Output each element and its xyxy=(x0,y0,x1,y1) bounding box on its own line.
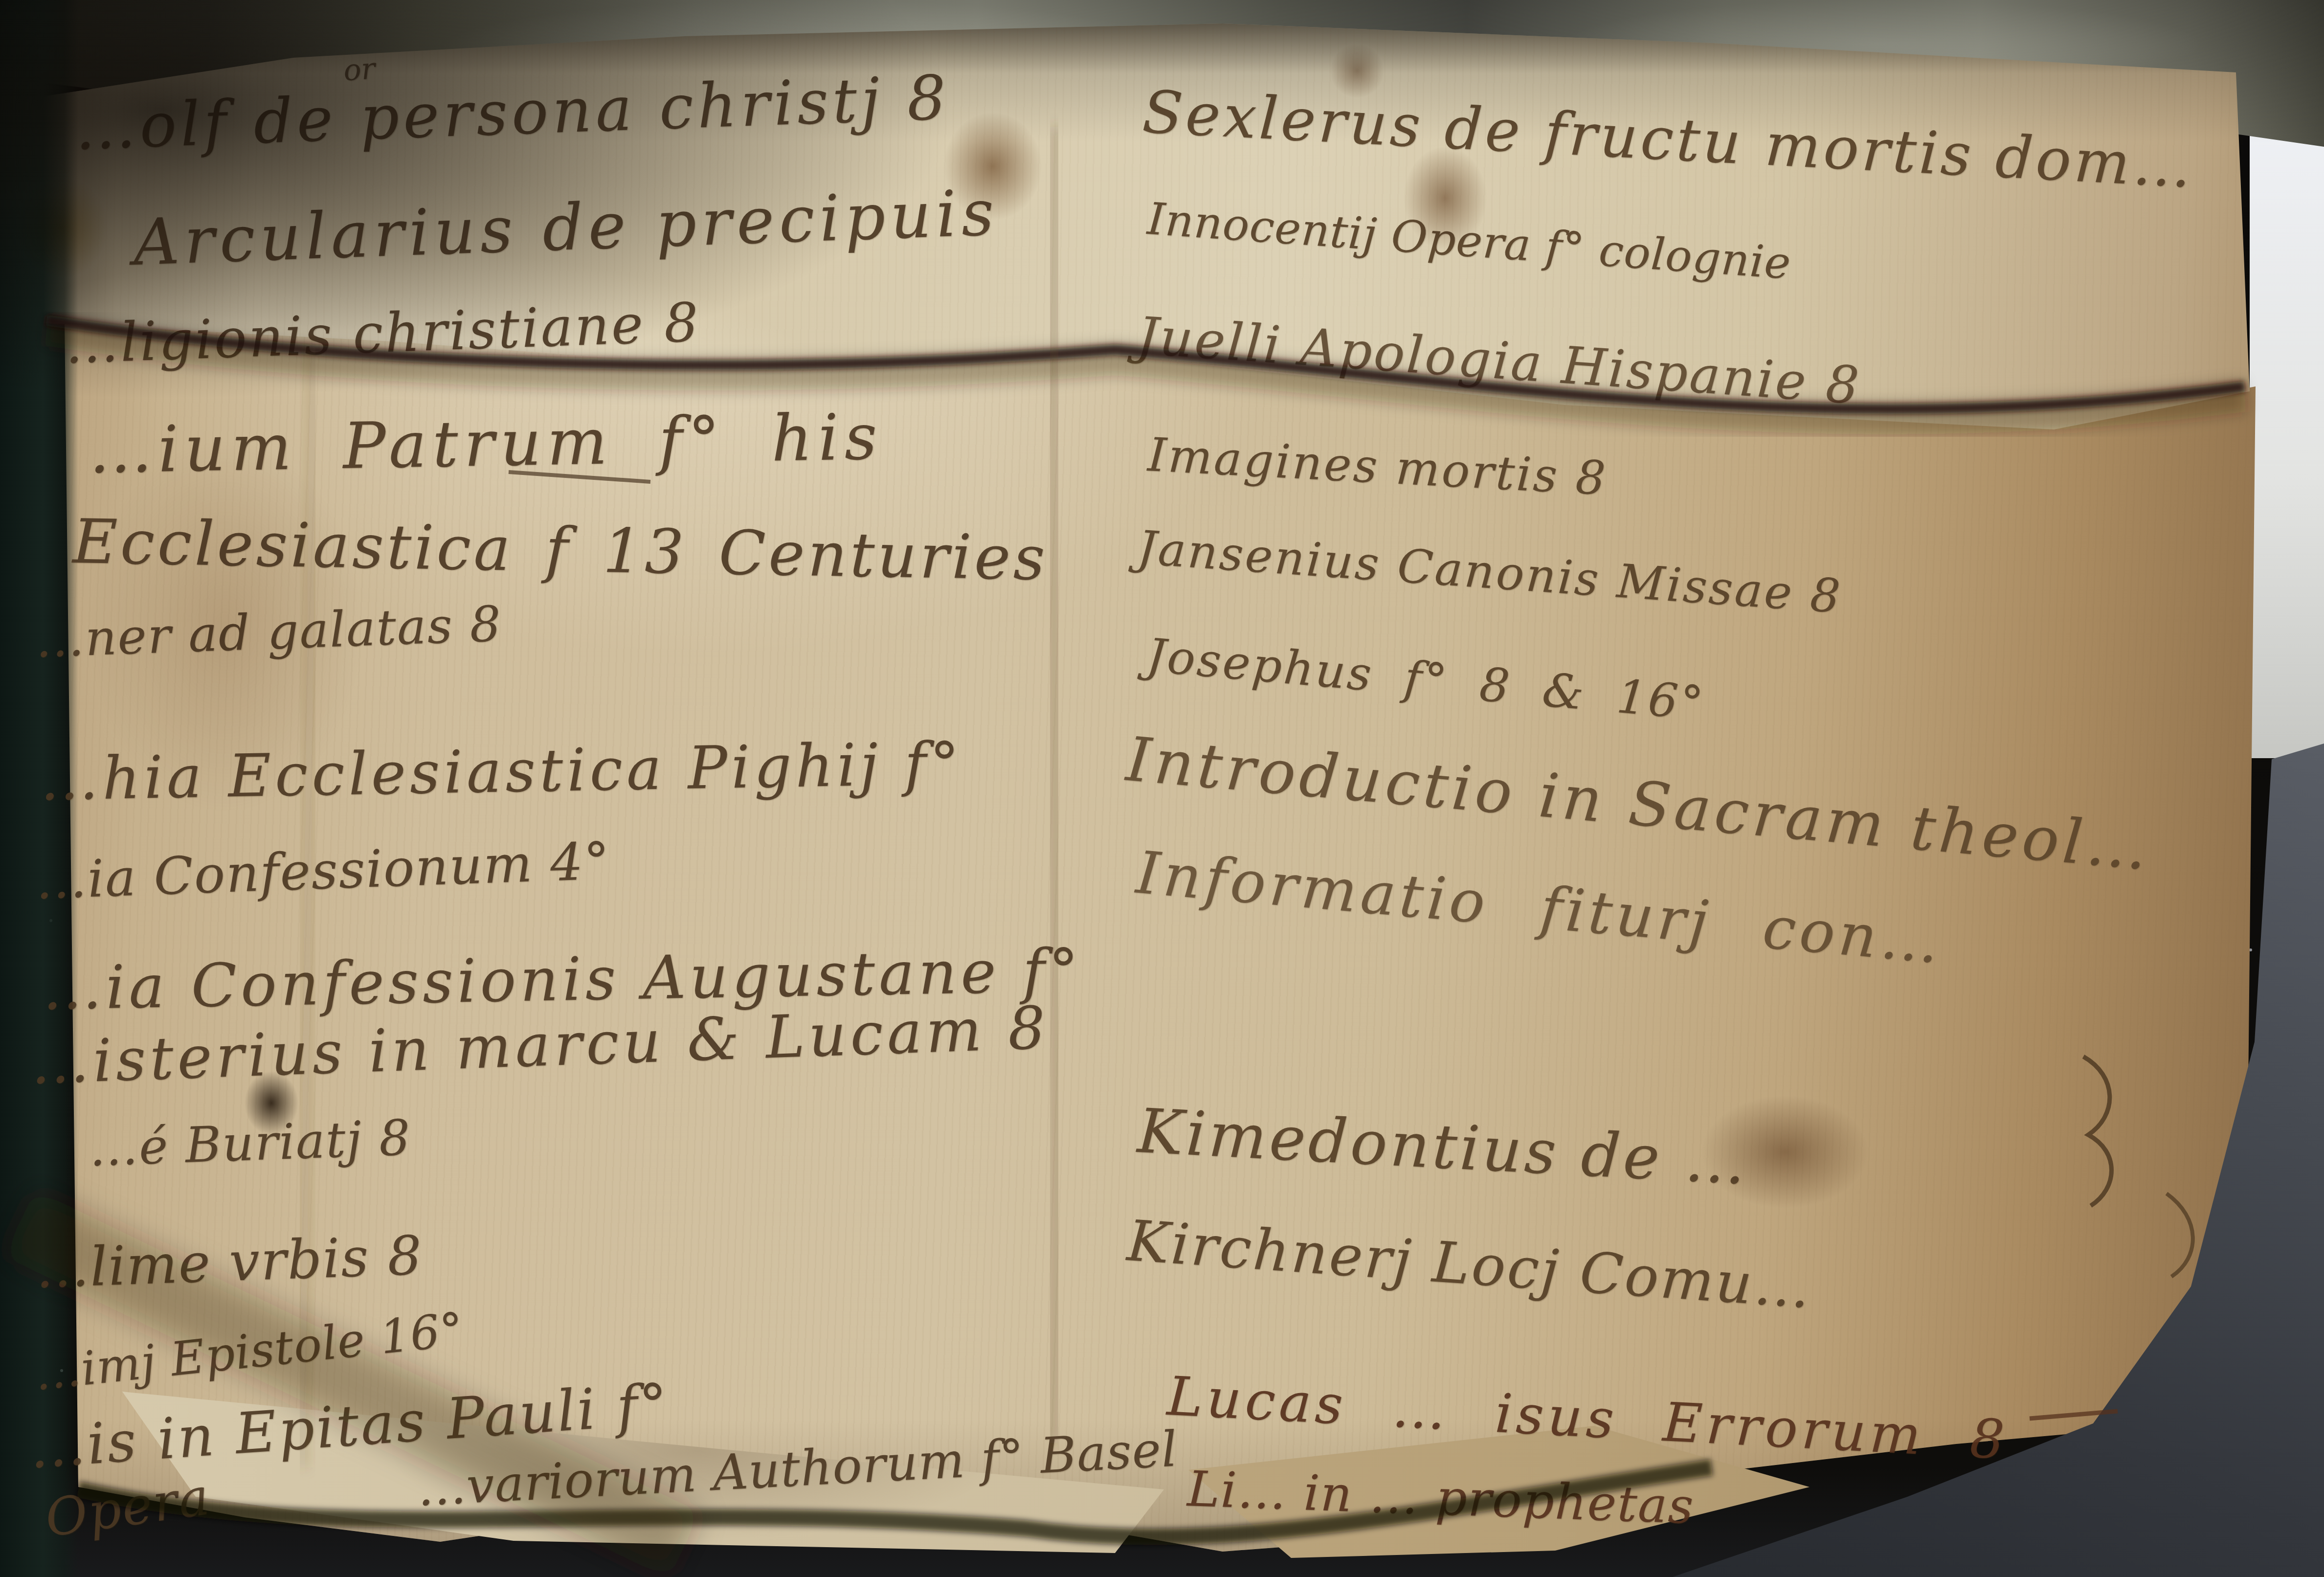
manuscript-photo: or …olf de persona christj 8 Arcularius … xyxy=(0,0,2324,1577)
background-wall xyxy=(2250,122,2324,758)
dark-left-edge xyxy=(0,0,78,1577)
